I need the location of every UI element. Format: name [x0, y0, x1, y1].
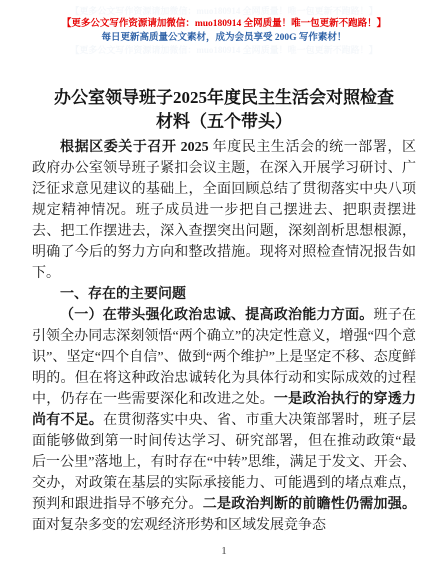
body-paragraph: （一）在带头强化政治忠诚、提高政治能力方面。班子在引领全办同志深刻领悟“两个确立… [32, 305, 416, 536]
document-title-line2: 材料（五个带头） [156, 112, 292, 131]
banner-promo-line2: 每日更新高质量公文素材，成为会员享受 200G 写作素材！ [0, 31, 448, 45]
document-title: 办公室领导班子2025年度民主生活会对照检查 材料（五个带头） [46, 86, 402, 134]
text-segment: 一、存在的主要问题 [60, 287, 186, 302]
document-body: 根据区委关于召开 2025 年度民主生活会的统一部署，区政府办公室领导班子紧扣会… [32, 137, 416, 536]
text-segment: 年度民主生活会的统一部署，区政府办公室领导班子紧扣会议主题，在深入开展学习研讨、… [32, 140, 416, 281]
text-segment: 根据区委关于召开 2025 [60, 140, 213, 155]
body-paragraph: 根据区委关于召开 2025 年度民主生活会的统一部署，区政府办公室领导班子紧扣会… [32, 137, 416, 284]
text-segment: 面对复杂多变的宏观经济形势和区域发展竞争态 [32, 518, 326, 533]
document-page: 【更多公文写作资源请加微信：muo180914 全网质量！唯一包更新不跑路！】 … [0, 0, 448, 580]
banner-ghost-bottom: 【更多公文写作资源请加微信：muo180914 全网质量！唯一包更新不跑路！】 [0, 45, 448, 56]
text-segment: （一）在带头强化政治忠诚、提高政治能力方面。 [60, 308, 374, 323]
text-segment: 二是政治判断的前瞻性仍需加强。 [203, 497, 416, 512]
banner-promo-line1: 【更多公文写作资源请加微信：muo180914 全网质量！唯一包更新不跑路！】 [0, 17, 448, 31]
section-heading: 一、存在的主要问题 [32, 284, 416, 305]
banner-ghost-top: 【更多公文写作资源请加微信：muo180914 全网质量！唯一包更新不跑路！】 [0, 6, 448, 17]
promo-banner: 【更多公文写作资源请加微信：muo180914 全网质量！唯一包更新不跑路！】 … [0, 0, 448, 56]
document-title-line1: 办公室领导班子2025年度民主生活会对照检查 [54, 88, 394, 107]
page-number: 1 [0, 545, 448, 558]
